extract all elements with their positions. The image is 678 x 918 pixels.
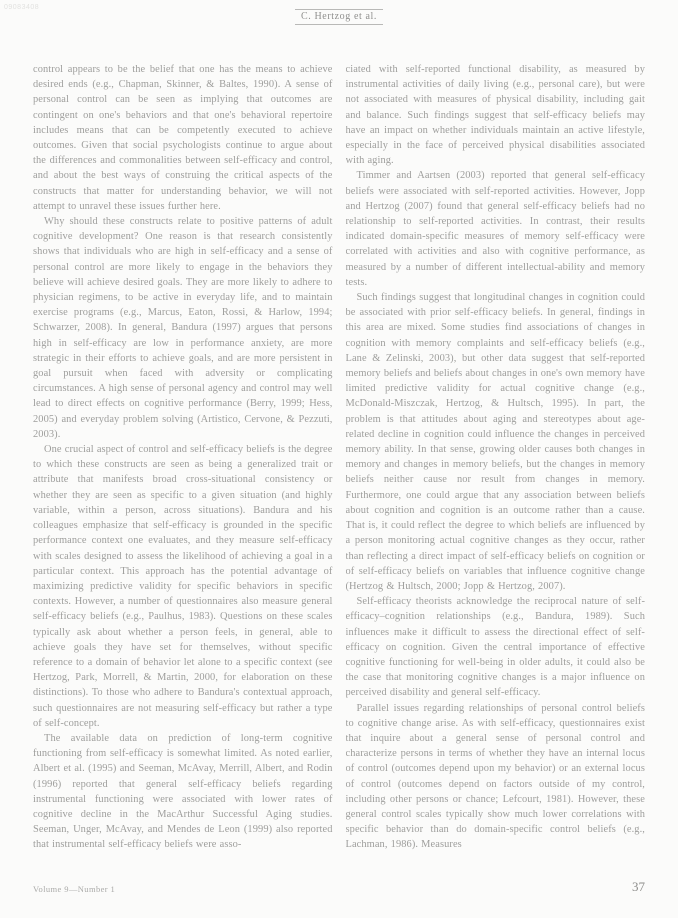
scan-corner-code: 09083408 (4, 4, 39, 11)
journal-volume: Volume 9—Number 1 (33, 884, 115, 894)
paragraph: control appears to be the belief that on… (33, 62, 333, 214)
paragraph: The available data on prediction of long… (33, 731, 333, 853)
paragraph: Parallel issues regarding relationships … (346, 701, 646, 853)
paragraph: Timmer and Aartsen (2003) reported that … (346, 168, 646, 290)
paragraph: Why should these constructs relate to po… (33, 214, 333, 442)
paragraph: One crucial aspect of control and self-e… (33, 442, 333, 731)
text-column-right: ciated with self-reported functional dis… (346, 62, 646, 856)
journal-page: 09083408 C. Hertzog et al. control appea… (0, 0, 678, 918)
running-head: C. Hertzog et al. (295, 9, 383, 25)
paragraph: Self-efficacy theorists acknowledge the … (346, 594, 646, 700)
page-body: control appears to be the belief that on… (33, 62, 645, 856)
text-column-left: control appears to be the belief that on… (33, 62, 333, 856)
page-number: 37 (632, 879, 645, 895)
paragraph: ciated with self-reported functional dis… (346, 62, 646, 168)
paragraph: Such findings suggest that longitudinal … (346, 290, 646, 594)
